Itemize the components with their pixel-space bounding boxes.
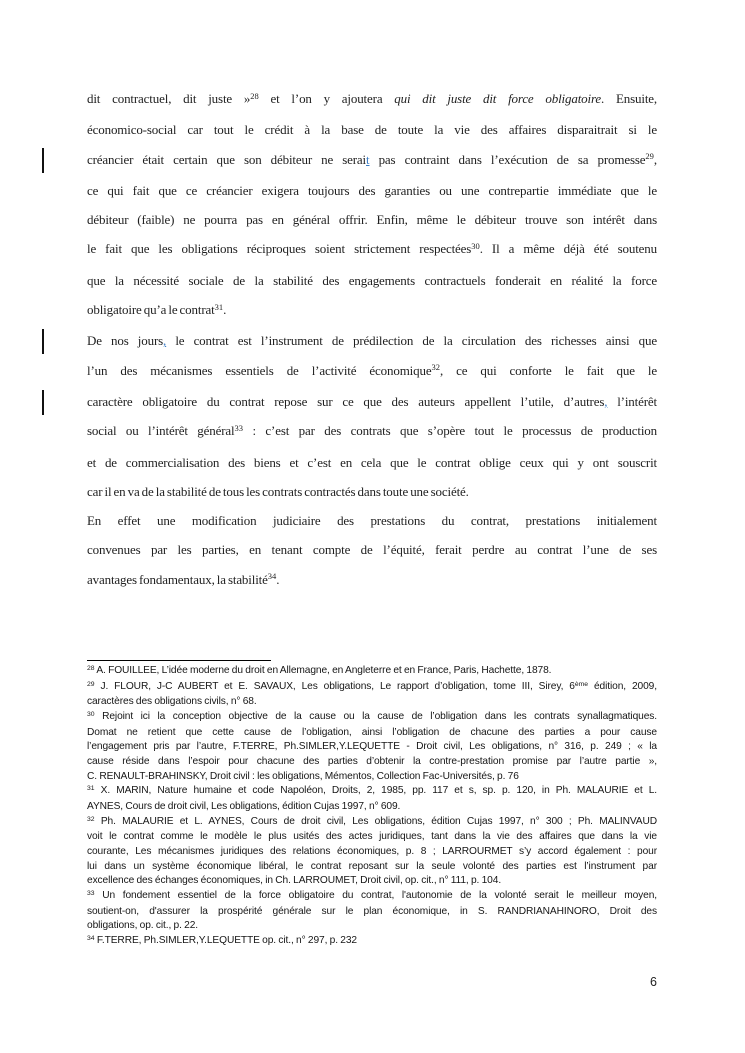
text-segment: et de commercialisation des biens et c’e… bbox=[87, 455, 657, 470]
body-line: l’un des mécanismes essentiels de l’acti… bbox=[87, 356, 657, 387]
text-segment: l’engagement pris par l’autre, F.TERRE, … bbox=[87, 741, 657, 752]
text-segment: C. RENAULT-BRAHINSKY, Droit civil : les … bbox=[87, 771, 519, 782]
footnote-reference: 29 bbox=[87, 681, 95, 688]
footnote-line: lui dans un système économique libéral, … bbox=[87, 860, 657, 875]
body-line: et de commercialisation des biens et c’e… bbox=[87, 448, 657, 477]
text-segment: créancier était certain que son débiteur… bbox=[87, 152, 366, 167]
text-segment: : c’est par des contrats que s’opère tou… bbox=[243, 423, 657, 438]
body-line: que la nécessité sociale de la stabilité… bbox=[87, 266, 657, 295]
body-line: avantages fondamentaux, la stabilité34. bbox=[87, 565, 657, 596]
body-line: social ou l’intérêt général33 : c’est pa… bbox=[87, 416, 657, 447]
text-segment: soutient-on, d'assurer la prospérité gén… bbox=[87, 906, 657, 917]
text-segment: édition, 2009, bbox=[588, 681, 657, 692]
footnote-reference: ème bbox=[575, 681, 588, 688]
footnote-separator bbox=[87, 660, 271, 661]
body-line: créancier était certain que son débiteur… bbox=[87, 145, 657, 176]
footnote-reference: 32 bbox=[431, 362, 440, 372]
footnotes-block: 28 A. FOUILLEE, L’idée moderne du droit … bbox=[87, 664, 657, 949]
text-segment: lui dans un système économique libéral, … bbox=[87, 861, 657, 872]
text-segment: A. FOUILLEE, L’idée moderne du droit en … bbox=[95, 665, 552, 676]
body-line: car il en va de la stabilité de tous les… bbox=[87, 477, 657, 506]
footnote-reference: 28 bbox=[250, 91, 259, 101]
text-segment: et l’on y ajoutera bbox=[259, 91, 395, 106]
text-segment: obligatoire qu’a le contrat bbox=[87, 302, 215, 317]
text-segment: cause réside dans l’espoir pour chacune … bbox=[87, 756, 657, 767]
footnote-line: soutient-on, d'assurer la prospérité gén… bbox=[87, 905, 657, 920]
footnote-reference: 30 bbox=[471, 241, 480, 251]
italic-text: qui dit juste dit force obligatoire bbox=[394, 91, 601, 106]
footnote-line: excellence des échanges économiques, in … bbox=[87, 874, 657, 889]
text-segment: car il en va de la stabilité de tous les… bbox=[87, 484, 469, 499]
text-segment: avantages fondamentaux, la stabilité bbox=[87, 572, 268, 587]
text-segment: caractères des obligations civils, n° 68… bbox=[87, 696, 257, 707]
footnote-reference: 28 bbox=[87, 665, 95, 672]
footnote-line: AYNES, Cours de droit civil, Les obligat… bbox=[87, 800, 657, 815]
footnote-line: 34 F.TERRE, Ph.SIMLER,Y.LEQUETTE op. cit… bbox=[87, 934, 657, 950]
footnote-reference: 31 bbox=[87, 785, 95, 792]
body-line: convenues par les parties, en tenant com… bbox=[87, 535, 657, 564]
text-segment: que la nécessité sociale de la stabilité… bbox=[87, 273, 657, 288]
text-segment: F.TERRE, Ph.SIMLER,Y.LEQUETTE op. cit., … bbox=[95, 935, 357, 946]
footnote-reference: 33 bbox=[87, 890, 95, 897]
footnote-reference: 33 bbox=[235, 423, 244, 433]
body-line: caractère obligatoire du contrat repose … bbox=[87, 387, 657, 416]
text-segment: obligations, op. cit., p. 22. bbox=[87, 920, 198, 931]
text-segment: l’intérêt bbox=[607, 394, 657, 409]
change-bar bbox=[42, 148, 44, 173]
footnote-line: courante, Les mécanismes juridiques des … bbox=[87, 845, 657, 860]
text-segment: débiteur (faible) ne pourra pas en génér… bbox=[87, 212, 657, 227]
text-segment: De nos jours bbox=[87, 333, 163, 348]
document-page: dit contractuel, dit juste »28 et l’on y… bbox=[0, 0, 745, 1053]
change-bar bbox=[42, 329, 44, 354]
footnote-line: caractères des obligations civils, n° 68… bbox=[87, 695, 657, 710]
body-line: économico-social car tout le crédit à la… bbox=[87, 115, 657, 144]
footnote-reference: 31 bbox=[215, 302, 224, 312]
footnote-line: 28 A. FOUILLEE, L’idée moderne du droit … bbox=[87, 664, 657, 680]
footnote-line: 32 Ph. MALAURIE et L. AYNES, Cours de dr… bbox=[87, 815, 657, 831]
footnote-reference: 34 bbox=[87, 935, 95, 942]
footnote-line: obligations, op. cit., p. 22. bbox=[87, 919, 657, 934]
text-segment: AYNES, Cours de droit civil, Les obligat… bbox=[87, 801, 400, 812]
text-segment: le contrat est l’instrument de prédilect… bbox=[166, 333, 657, 348]
body-text-block: dit contractuel, dit juste »28 et l’on y… bbox=[87, 84, 657, 596]
text-segment: . bbox=[223, 302, 226, 317]
body-line: dit contractuel, dit juste »28 et l’on y… bbox=[87, 84, 657, 115]
text-segment: l’un des mécanismes essentiels de l’acti… bbox=[87, 363, 431, 378]
text-segment: ce qui fait que ce créancier exigera tou… bbox=[87, 183, 657, 198]
text-segment: économico-social car tout le crédit à la… bbox=[87, 122, 657, 137]
text-segment: . Il a même déjà été soutenu bbox=[480, 241, 657, 256]
footnote-line: cause réside dans l’espoir pour chacune … bbox=[87, 755, 657, 770]
footnote-line: 30 Rejoint ici la conception objective d… bbox=[87, 710, 657, 726]
text-segment: . bbox=[276, 572, 279, 587]
text-segment: social ou l’intérêt général bbox=[87, 423, 235, 438]
text-segment: , ce qui conforte le fait que le bbox=[440, 363, 657, 378]
text-segment: voit le contrat comme le modèle le plus … bbox=[87, 831, 657, 842]
body-line: obligatoire qu’a le contrat31. bbox=[87, 295, 657, 326]
body-line: En effet une modification judiciaire des… bbox=[87, 506, 657, 535]
text-segment: Un fondement essentiel de la force oblig… bbox=[95, 890, 657, 901]
text-segment: . Ensuite, bbox=[601, 91, 657, 106]
text-segment: Rejoint ici la conception objective de l… bbox=[95, 711, 657, 722]
text-segment: , bbox=[654, 152, 657, 167]
footnote-line: 29 J. FLOUR, J-C AUBERT et E. SAVAUX, Le… bbox=[87, 680, 657, 696]
body-line: débiteur (faible) ne pourra pas en génér… bbox=[87, 205, 657, 234]
text-segment: excellence des échanges économiques, in … bbox=[87, 875, 501, 886]
text-segment: caractère obligatoire du contrat repose … bbox=[87, 394, 604, 409]
text-segment: pas contraint dans l’exécution de sa pro… bbox=[369, 152, 645, 167]
footnote-reference: 32 bbox=[87, 816, 95, 823]
body-line: le fait que les obligations réciproques … bbox=[87, 234, 657, 265]
footnote-line: Domat ne retient que cette cause de l’ob… bbox=[87, 726, 657, 741]
text-segment: En effet une modification judiciaire des… bbox=[87, 513, 657, 528]
footnote-line: voit le contrat comme le modèle le plus … bbox=[87, 830, 657, 845]
footnote-reference: 29 bbox=[645, 151, 654, 161]
text-segment: X. MARIN, Nature humaine et code Napoléo… bbox=[95, 785, 657, 796]
body-line: ce qui fait que ce créancier exigera tou… bbox=[87, 176, 657, 205]
page-number: 6 bbox=[87, 975, 657, 989]
text-segment: Domat ne retient que cette cause de l’ob… bbox=[87, 727, 657, 738]
change-bar bbox=[42, 390, 44, 415]
footnote-line: C. RENAULT-BRAHINSKY, Droit civil : les … bbox=[87, 770, 657, 785]
text-segment: le fait que les obligations réciproques … bbox=[87, 241, 471, 256]
text-segment: J. FLOUR, J-C AUBERT et E. SAVAUX, Les o… bbox=[95, 681, 575, 692]
footnote-line: l’engagement pris par l’autre, F.TERRE, … bbox=[87, 740, 657, 755]
text-segment: Ph. MALAURIE et L. AYNES, Cours de droit… bbox=[95, 816, 657, 827]
text-segment: dit contractuel, dit juste » bbox=[87, 91, 250, 106]
text-segment: convenues par les parties, en tenant com… bbox=[87, 542, 657, 557]
body-line: De nos jours, le contrat est l’instrumen… bbox=[87, 326, 657, 355]
footnote-line: 31 X. MARIN, Nature humaine et code Napo… bbox=[87, 784, 657, 800]
text-segment: courante, Les mécanismes juridiques des … bbox=[87, 846, 657, 857]
footnote-reference: 30 bbox=[87, 711, 95, 718]
footnote-reference: 34 bbox=[268, 571, 277, 581]
footnote-line: 33 Un fondement essentiel de la force ob… bbox=[87, 889, 657, 905]
